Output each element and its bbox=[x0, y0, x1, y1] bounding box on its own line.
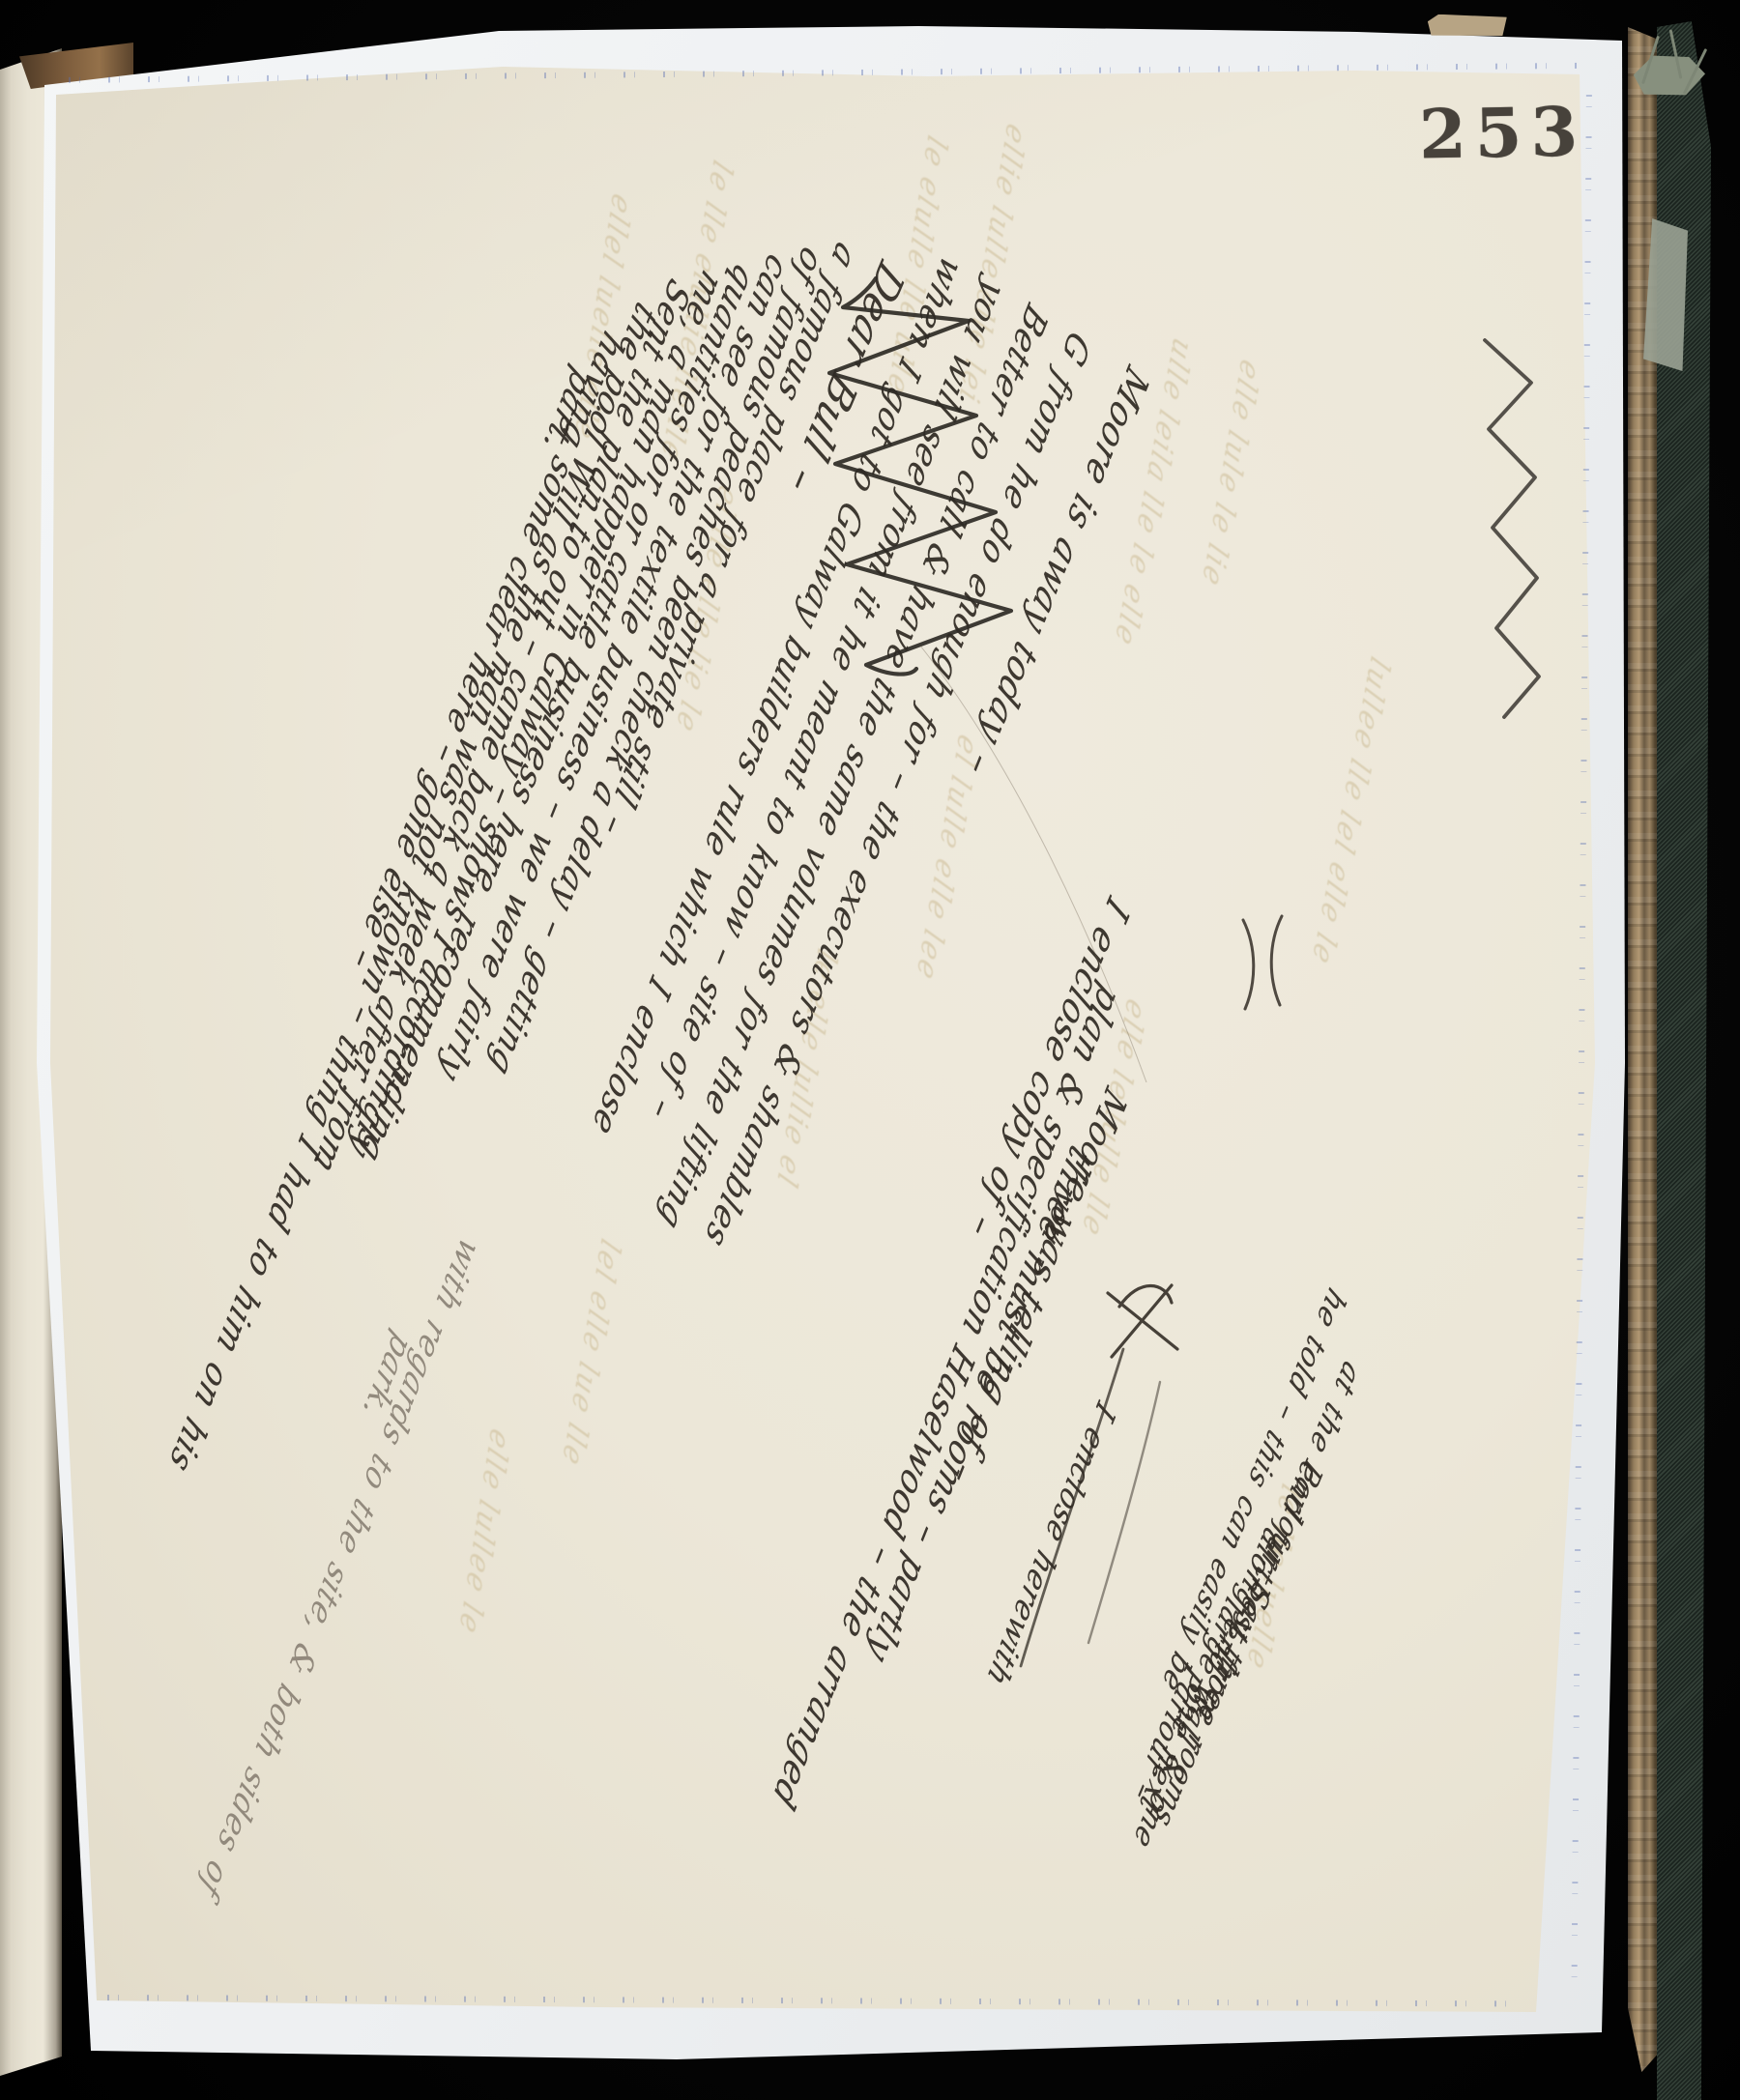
curl-strokes bbox=[1243, 916, 1282, 1009]
photographed-letterbook-page: 253 ellie lulle elle leile elulle lle ul… bbox=[0, 0, 1740, 2100]
swoosh-stroke bbox=[1021, 1349, 1123, 1666]
zigzag-scribble-right bbox=[1485, 340, 1539, 717]
zigzag-scribble bbox=[829, 278, 1011, 675]
hairline-scratch bbox=[920, 646, 1146, 1082]
pen-flourishes bbox=[0, 0, 1740, 2100]
cross-scribble bbox=[1108, 1285, 1177, 1357]
